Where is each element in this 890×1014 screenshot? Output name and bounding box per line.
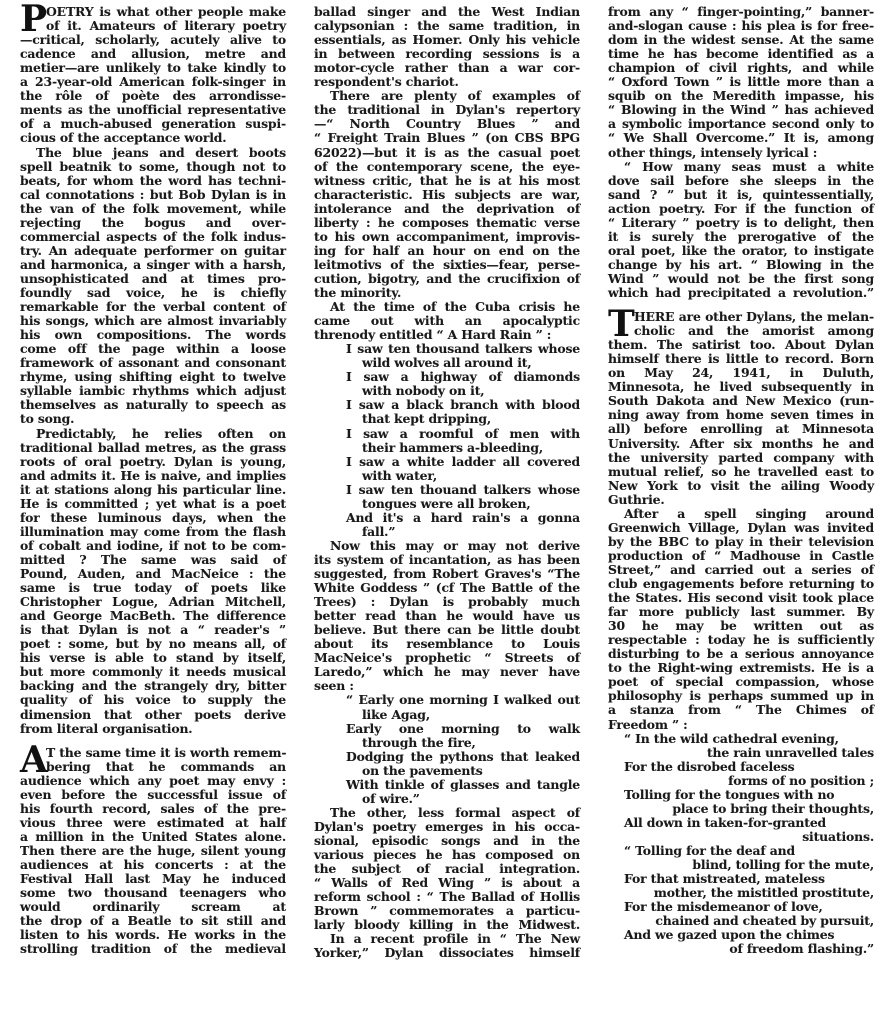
- text-line: a million in the United States alone.: [20, 830, 286, 844]
- text-line: for these luminous days, when the: [20, 511, 286, 525]
- text-line: other things, intensely lyrical :: [608, 146, 874, 160]
- text-line: “ Walls of Red Wing ” is about a: [314, 876, 580, 890]
- text-line: mother, the mistitled prostitute,: [608, 886, 874, 900]
- text-line: dimension that other poets derive: [20, 708, 286, 722]
- text-line: with nobody on it,: [314, 384, 580, 398]
- text-line: like Agag,: [314, 708, 580, 722]
- text-line: some two thousand teenagers who: [20, 886, 286, 900]
- text-line: cution, bigotry, and the crucifixion of: [314, 272, 580, 286]
- text-line: tongues were all broken,: [314, 497, 580, 511]
- text-line: White Goddess ” (cf The Battle of the: [314, 581, 580, 595]
- text-line: through the fire,: [314, 736, 580, 750]
- text-line: liberty : he composes thematic verse: [314, 216, 580, 230]
- text-line: “ Tolling for the deaf and: [608, 844, 874, 858]
- text-line: action poetry. For if the function of: [608, 202, 874, 216]
- text-line: 62022)—but it is as the casual poet: [314, 146, 580, 160]
- text-line: reform school : “ The Ballad of Hollis: [314, 890, 580, 904]
- text-line: on the pavements: [314, 764, 580, 778]
- text-line: his fourth record, sales of the pre-: [20, 802, 286, 816]
- text-line: production of “ Madhouse in Castle: [608, 549, 874, 563]
- text-line: time he has become identified as a: [608, 47, 874, 61]
- text-line: T the same time it is worth remem-: [20, 746, 286, 760]
- text-line: seen :: [314, 679, 580, 693]
- text-line: Freedom ” :: [608, 718, 874, 732]
- text-line: Dodging the pythons that leaked: [314, 750, 580, 764]
- text-line: ballad singer and the West Indian: [314, 5, 580, 19]
- text-line: All down in taken-for-granted: [608, 816, 874, 830]
- text-line: a symbolic importance second only to: [608, 117, 874, 131]
- text-line: would ordinarily scream at: [20, 900, 286, 914]
- text-line: in between recording sessions is a: [314, 47, 580, 61]
- text-line: syllable iambic rhythms which adjust: [20, 384, 286, 398]
- text-line: Dylan's poetry emerges in his occa-: [314, 820, 580, 834]
- text-line: —“ North Country Blues ” and: [314, 117, 580, 131]
- text-line: dom in the widest sense. At the same: [608, 33, 874, 47]
- text-line: metier—are unlikely to take kindly to: [20, 61, 286, 75]
- text-line: In a recent profile in “ The New: [314, 932, 580, 946]
- text-line: cholic and the amorist among: [608, 324, 874, 338]
- text-line: squib on the Meredith impasse, his: [608, 89, 874, 103]
- text-line: Festival Hall last May he induced: [20, 872, 286, 886]
- text-line: by the BBC to play in their television: [608, 535, 874, 549]
- text-line: characteristic. His subjects are war,: [314, 188, 580, 202]
- text-line: about its resemblance to Louis: [314, 637, 580, 651]
- text-line: from literal organisation.: [20, 722, 286, 736]
- text-line: “ Freight Train Blues ” (on CBS BPG: [314, 131, 580, 145]
- text-line: quality of his voice to supply the: [20, 693, 286, 707]
- text-line: commercial aspects of the folk indus-: [20, 230, 286, 244]
- text-line: suggested, from Robert Graves's “The: [314, 567, 580, 581]
- text-line: New York to visit the ailing Woody: [608, 479, 874, 493]
- text-line: Minnesota, he lived subsequently in: [608, 380, 874, 394]
- text-line: Greenwich Village, Dylan was invited: [608, 521, 874, 535]
- text-line: MacNeice's prophetic “ Streets of: [314, 651, 580, 665]
- text-line: “ Oxford Town ” is little more than a: [608, 75, 874, 89]
- text-line: For the misdemeanor of love,: [608, 900, 874, 914]
- text-line: rejecting the bogus and over-: [20, 216, 286, 230]
- text-line: Pound, Auden, and MacNeice : the: [20, 567, 286, 581]
- text-line: And we gazed upon the chimes: [608, 928, 874, 942]
- text-line: the subject of racial integration.: [314, 862, 580, 876]
- text-line: Tolling for the tongues with no: [608, 788, 874, 802]
- text-line: themselves as naturally to speech as: [20, 398, 286, 412]
- text-line: The blue jeans and desert boots: [20, 146, 286, 160]
- text-line: champion of civil rights, and while: [608, 61, 874, 75]
- text-line: come off the page within a loose: [20, 342, 286, 356]
- text-line: even before the successful issue of: [20, 788, 286, 802]
- text-line: ing for half an hour on end on the: [314, 244, 580, 258]
- text-line: its system of incantation, as has been: [314, 553, 580, 567]
- text-line: At the time of the Cuba crisis he: [314, 300, 580, 314]
- text-line: place to bring their thoughts,: [608, 802, 874, 816]
- text-line: leitmotivs of the sixties—fear, perse-: [314, 258, 580, 272]
- text-line: and George MacBeth. The difference: [20, 609, 286, 623]
- text-line: a 23-year-old American folk-singer in: [20, 75, 286, 89]
- text-line: I saw a highway of diamonds: [314, 370, 580, 384]
- text-line: to song.: [20, 412, 286, 426]
- text-line: their hammers a-bleeding,: [314, 441, 580, 455]
- text-line: foundly sad voice, he is chiefly: [20, 286, 286, 300]
- text-line: it is surely the prerogative of the: [608, 230, 874, 244]
- text-line: mutual relief, so he travelled east to: [608, 465, 874, 479]
- text-line: ning away from home seven times in: [608, 408, 874, 422]
- text-line: all) before enrolling at Minnesota: [608, 422, 874, 436]
- text-line: to the Right-wing extremists. He is a: [608, 661, 874, 675]
- text-line: better read than he would have us: [314, 609, 580, 623]
- text-line: Brown ” commemorates a particu-: [314, 904, 580, 918]
- text-line: listen to his words. He works in the: [20, 928, 286, 942]
- text-line: sand ? ” but it is, quintessentially,: [608, 188, 874, 202]
- text-line: backing and the strangely dry, bitter: [20, 679, 286, 693]
- text-line: strolling tradition of the medieval: [20, 942, 286, 956]
- text-line: poet : some, but by no means all, of: [20, 637, 286, 651]
- text-line: witness critic, that he is at his most: [314, 174, 580, 188]
- text-line: The other, less formal aspect of: [314, 806, 580, 820]
- text-line: the van of the folk movement, while: [20, 202, 286, 216]
- text-line: Predictably, he relies often on: [20, 427, 286, 441]
- text-line: that kept dripping,: [314, 412, 580, 426]
- text-line: oral poet, like the orator, to instigate: [608, 244, 874, 258]
- text-line: illumination may come from the flash: [20, 525, 286, 539]
- text-line: mitted ? The same was said of: [20, 553, 286, 567]
- text-line: and admits it. He is naive, and implies: [20, 469, 286, 483]
- text-line: believe. But there can be little doubt: [314, 623, 580, 637]
- text-line: and harmonica, a singer with a harsh,: [20, 258, 286, 272]
- text-line: cious of the acceptance world.: [20, 131, 286, 145]
- text-line: cadence and allusion, metre and: [20, 47, 286, 61]
- text-line: it at stations along his particular line…: [20, 483, 286, 497]
- text-line: philosophy is perhaps summed up in: [608, 689, 874, 703]
- text-line: is that Dylan is not a “ reader's ”: [20, 623, 286, 637]
- text-line: HERE are other Dylans, the melan-: [608, 310, 874, 324]
- text-line: Guthrie.: [608, 493, 874, 507]
- text-line: the traditional in Dylan's repertory: [314, 103, 580, 117]
- text-line: calypsonian : the same tradition, in: [314, 19, 580, 33]
- text-line: of cobalt and iodine, if not to be com-: [20, 539, 286, 553]
- text-line: the rain unravelled tales: [608, 746, 874, 760]
- text-line: the minority.: [314, 286, 580, 300]
- text-line: ments as the unofficial representative: [20, 103, 286, 117]
- text-line: on May 24, 1941, in Duluth,: [608, 366, 874, 380]
- text-line: situations.: [608, 830, 874, 844]
- text-line: rhyme, using shifting eight to twelve: [20, 370, 286, 384]
- text-line: I saw ten thouand talkers whose: [314, 483, 580, 497]
- text-line: larly bloody killing in the Midwest.: [314, 918, 580, 932]
- text-line: —critical, scholarly, acutely alive to: [20, 33, 286, 47]
- text-line: respondent's chariot.: [314, 75, 580, 89]
- text-line: his verse is able to stand by itself,: [20, 651, 286, 665]
- text-line: them. The satirist too. About Dylan: [608, 338, 874, 352]
- text-line: I saw a roomful of men with: [314, 427, 580, 441]
- text-line: of freedom flashing.”: [608, 942, 874, 956]
- text-line: his own compositions. The words: [20, 328, 286, 342]
- text-line: dove sail before she sleeps in the: [608, 174, 874, 188]
- text-line: He is committed ; yet what is a poet: [20, 497, 286, 511]
- text-line: same is true today of poets like: [20, 581, 286, 595]
- text-line: a stanza from “ The Chimes of: [608, 703, 874, 717]
- text-line: “ We Shall Overcome.” It is, among: [608, 131, 874, 145]
- text-line: traditional ballad metres, as the grass: [20, 441, 286, 455]
- text-line: try. An adequate performer on guitar: [20, 244, 286, 258]
- text-line: intolerance and the deprivation of: [314, 202, 580, 216]
- text-line: threnody entitled “ A Hard Rain ” :: [314, 328, 580, 342]
- text-line: I saw ten thousand talkers whose: [314, 342, 580, 356]
- text-line: of the contemporary scene, the eye-: [314, 160, 580, 174]
- text-line: the States. His second visit took place: [608, 591, 874, 605]
- text-line: which had precipitated a revolution.”: [608, 286, 874, 300]
- text-line: disturbing to be a serious annoyance: [608, 647, 874, 661]
- text-line: vious three were estimated at half: [20, 816, 286, 830]
- text-line: Laredo,” which he may never have: [314, 665, 580, 679]
- text-line: fall.”: [314, 525, 580, 539]
- text-line: from any “ finger-pointing,” banner-: [608, 5, 874, 19]
- text-line: Christopher Logue, Adrian Mitchell,: [20, 595, 286, 609]
- text-line: With tinkle of glasses and tangle: [314, 778, 580, 792]
- text-line: Wind ” would not be the first song: [608, 272, 874, 286]
- text-line: forms of no position ;: [608, 774, 874, 788]
- text-line: spell beatnik to some, though not to: [20, 160, 286, 174]
- text-line: blind, tolling for the mute,: [608, 858, 874, 872]
- text-line: himself there is little to record. Born: [608, 352, 874, 366]
- text-line: remarkable for the verbal content of: [20, 300, 286, 314]
- text-line: chained and cheated by pursuit,: [608, 914, 874, 928]
- text-line: audience which any poet may envy :: [20, 774, 286, 788]
- text-line: “ Literary ” poetry is to delight, then: [608, 216, 874, 230]
- text-line: roots of oral poetry. Dylan is young,: [20, 455, 286, 469]
- text-line: University. After six months he and: [608, 437, 874, 451]
- text-line: There are plenty of examples of: [314, 89, 580, 103]
- text-line: but more commonly it needs musical: [20, 665, 286, 679]
- text-line: essentials, as Homer. Only his vehicle: [314, 33, 580, 47]
- text-line: For that mistreated, mateless: [608, 872, 874, 886]
- text-line: unsophisticated and at times pro-: [20, 272, 286, 286]
- text-line: For the disrobed faceless: [608, 760, 874, 774]
- text-line: his songs, which are almost invariably: [20, 314, 286, 328]
- text-line: the drop of a Beatle to sit still and: [20, 914, 286, 928]
- text-line: to his own accompaniment, improvis-: [314, 230, 580, 244]
- text-line: change by his art. “ Blowing in the: [608, 258, 874, 272]
- text-line: framework of assonant and consonant: [20, 356, 286, 370]
- text-line: far more publicly last summer. By: [608, 605, 874, 619]
- text-line: and-slogan cause : his plea is for free-: [608, 19, 874, 33]
- text-line: Now this may or may not derive: [314, 539, 580, 553]
- text-line: 30 he may be written out as: [608, 619, 874, 633]
- text-line: Street,” and carried out a series of: [608, 563, 874, 577]
- text-line: OETRY is what other people make: [20, 5, 286, 19]
- text-line: respectable : today he is sufficiently: [608, 633, 874, 647]
- newspaper-article: OETRY is what other people makePof it. A…: [0, 0, 890, 1014]
- text-line: beats, for whom the word has techni-: [20, 174, 286, 188]
- text-line: the rôle of poète des arrondisse-: [20, 89, 286, 103]
- text-line: with water,: [314, 469, 580, 483]
- text-line: After a spell singing around: [608, 507, 874, 521]
- text-line: “ In the wild cathedral evening,: [608, 732, 874, 746]
- text-line: poet of special compassion, whose: [608, 675, 874, 689]
- text-line: I saw a white ladder all covered: [314, 455, 580, 469]
- text-line: bering that he commands an: [20, 760, 286, 774]
- text-line: of wire.”: [314, 792, 580, 806]
- text-line: sional, episodic songs and in the: [314, 834, 580, 848]
- text-line: I saw a black branch with blood: [314, 398, 580, 412]
- text-line: South Dakota and New Mexico (run-: [608, 394, 874, 408]
- text-line: Trees) : Dylan is probably much: [314, 595, 580, 609]
- text-line: Yorker,” Dylan dissociates himself: [314, 946, 580, 960]
- text-line: And it's a hard rain's a gonna: [314, 511, 580, 525]
- text-line: cal connotations : but Bob Dylan is in: [20, 188, 286, 202]
- text-line: “ Blowing in the Wind ” has achieved: [608, 103, 874, 117]
- text-line: club engagements before returning to: [608, 577, 874, 591]
- text-line: Then there are the huge, silent young: [20, 844, 286, 858]
- text-line: Early one morning to walk: [314, 722, 580, 736]
- text-line: of it. Amateurs of literary poetry: [20, 19, 286, 33]
- text-line: the university parted company with: [608, 451, 874, 465]
- text-line: “ How many seas must a white: [608, 160, 874, 174]
- text-line: wild wolves all around it,: [314, 356, 580, 370]
- text-line: “ Early one morning I walked out: [314, 693, 580, 707]
- text-line: motor-cycle rather than a war cor-: [314, 61, 580, 75]
- text-line: of a much-abused generation suspi-: [20, 117, 286, 131]
- text-line: various pieces he has composed on: [314, 848, 580, 862]
- text-line: audiences at his concerts : at the: [20, 858, 286, 872]
- text-line: came out with an apocalyptic: [314, 314, 580, 328]
